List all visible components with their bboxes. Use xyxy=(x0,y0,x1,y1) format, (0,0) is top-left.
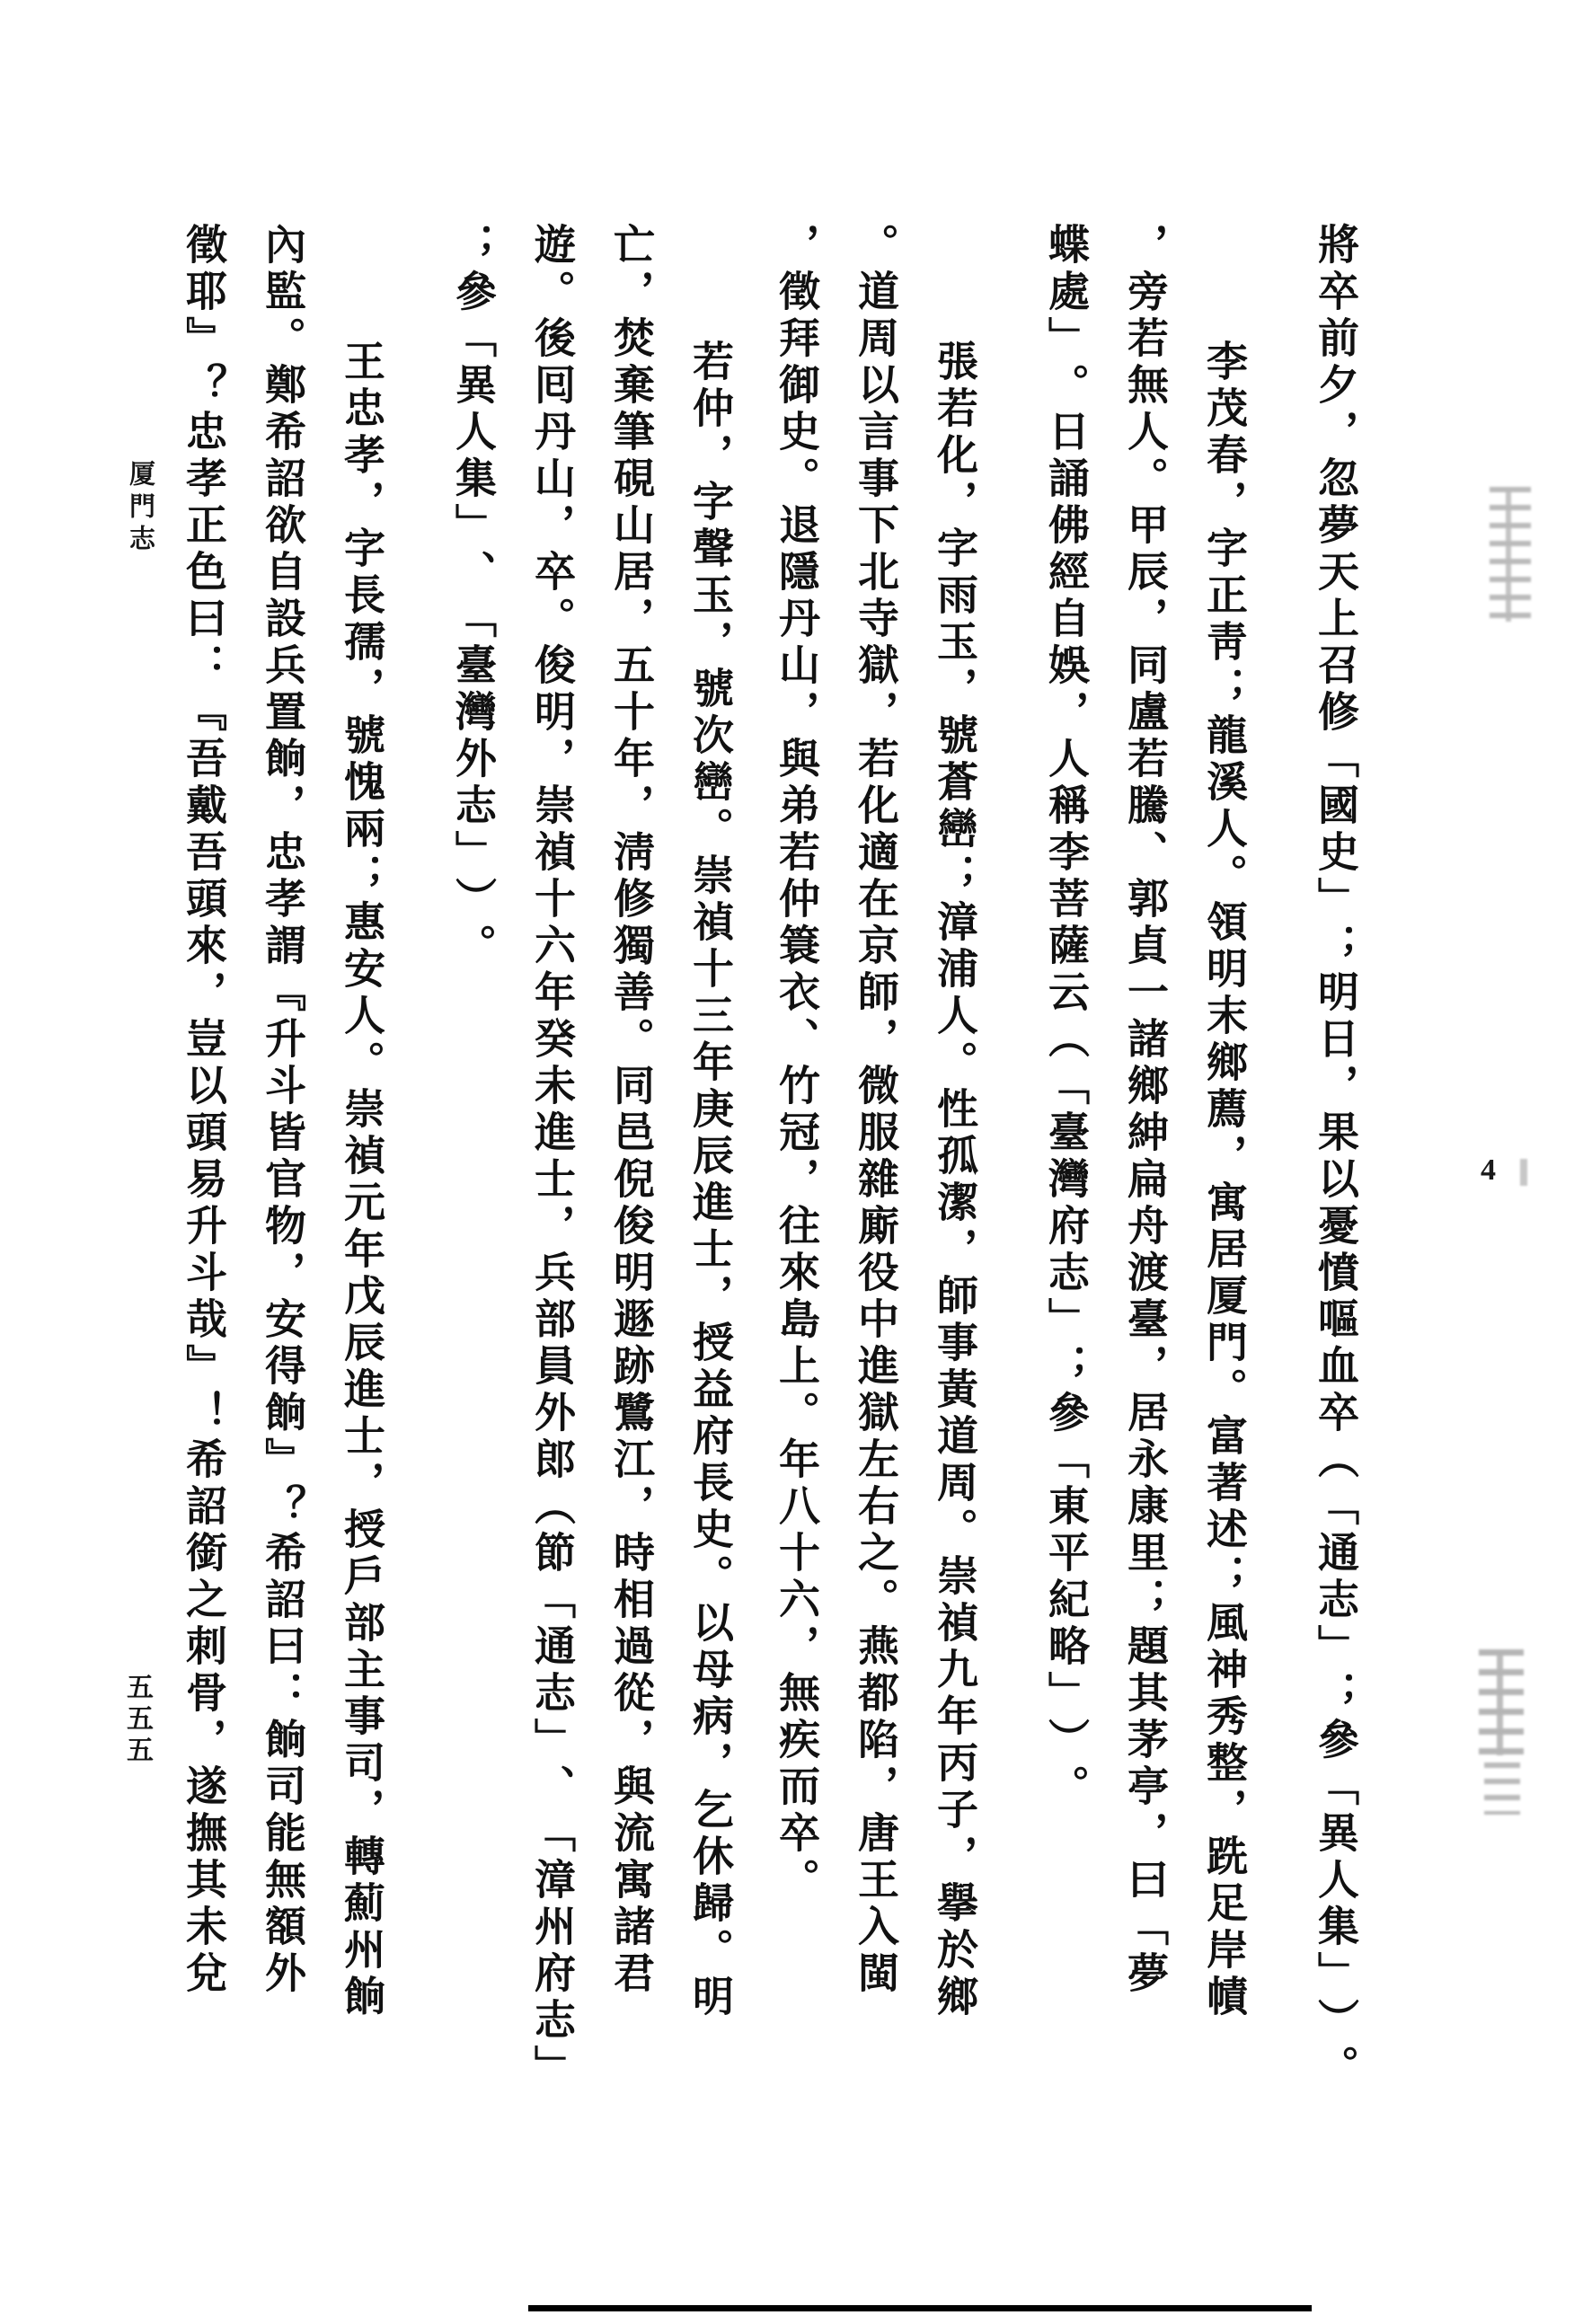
text-column: 王忠孝，字長孺，號愧兩；惠安人。崇禎元年戊辰進士，授戶部主事司，轉薊州餉 xyxy=(340,223,383,2244)
ink-bleed-artifact xyxy=(1490,487,1531,622)
folio-page-number: 五五五 xyxy=(117,1673,156,1767)
scan-edge-rule xyxy=(528,2305,1312,2311)
text-column: ，徵拜御史。退隱丹山，與弟若仲簑衣、竹冠，往來島上。年八十六，無疾而卒。 xyxy=(774,223,818,2127)
text-column: 張若化，字雨玉，號蒼巒；漳浦人。性孤潔，師事黃道周。崇禎九年丙子，擧於鄉 xyxy=(933,223,976,2244)
ink-bleed-artifact xyxy=(1484,1763,1520,1815)
running-title: 厦門志 xyxy=(122,460,159,557)
text-column: 將卒前夕，忽夢天上召修﹁國史﹂；明日，果以憂憤嘔血卒︵﹁通志﹂；參﹁異人集﹂︶。 xyxy=(1313,223,1357,2127)
book-page: 將卒前夕，忽夢天上召修﹁國史﹂；明日，果以憂憤嘔血卒︵﹁通志﹂；參﹁異人集﹂︶。… xyxy=(0,0,1583,2324)
ink-bleed-artifact xyxy=(1479,1649,1524,1755)
text-column: 蝶處﹂。日誦佛經自娛，人稱李菩薩云︵﹁臺灣府志﹂；參﹁東平紀略﹂︶。 xyxy=(1044,223,1087,2127)
text-column: 內監。鄭希詔欲自設兵置餉，忠孝謂﹃升斗皆官物，安得餉﹄？希詔曰：餉司能無額外 xyxy=(261,223,304,2127)
margin-number: 4 xyxy=(1481,1153,1496,1188)
margin-number-fragment xyxy=(1520,1159,1527,1186)
text-column: 。道周以言事下北寺獄，若化適在京師，微服雜廝役中進獄左右之。燕都陷，唐王入閩 xyxy=(853,223,897,2127)
text-column: 若仲，字聲玉，號次巒。崇禎十三年庚辰進士，授益府長史。以母病，乞休歸。明 xyxy=(688,223,731,2244)
text-column: 徵耶﹄？忠孝正色曰：﹃吾戴吾頭來，豈以頭易升斗哉﹄！希詔銜之刺骨，遂撫其未兌 xyxy=(181,223,225,2127)
text-column: 遊。後囘丹山，卒。俊明，崇禎十六年癸未進士，兵部員外郎︵節﹁通志﹂、﹁漳州府志﹂ xyxy=(530,223,573,2127)
text-column: ，旁若無人。甲辰，同盧若騰、郭貞一諸鄉紳扁舟渡臺，居永康里；題其茅亭，曰﹁夢 xyxy=(1123,223,1166,2127)
text-column: ；參﹁異人集﹂、﹁臺灣外志﹂︶。 xyxy=(451,223,494,2127)
main-text-block: 將卒前夕，忽夢天上召修﹁國史﹂；明日，果以憂憤嘔血卒︵﹁通志﹂；參﹁異人集﹂︶。… xyxy=(181,223,1357,2127)
text-column: 亡，焚棄筆硯山居，五十年，淸修獨善。同邑倪俊明遯跡鷺江，時相過從，與流寓諸君 xyxy=(609,223,652,2127)
text-column: 李茂春，字正靑；龍溪人。領明末鄉薦，寓居厦門。富著述；風神秀整，跣足岸幘 xyxy=(1202,223,1245,2244)
